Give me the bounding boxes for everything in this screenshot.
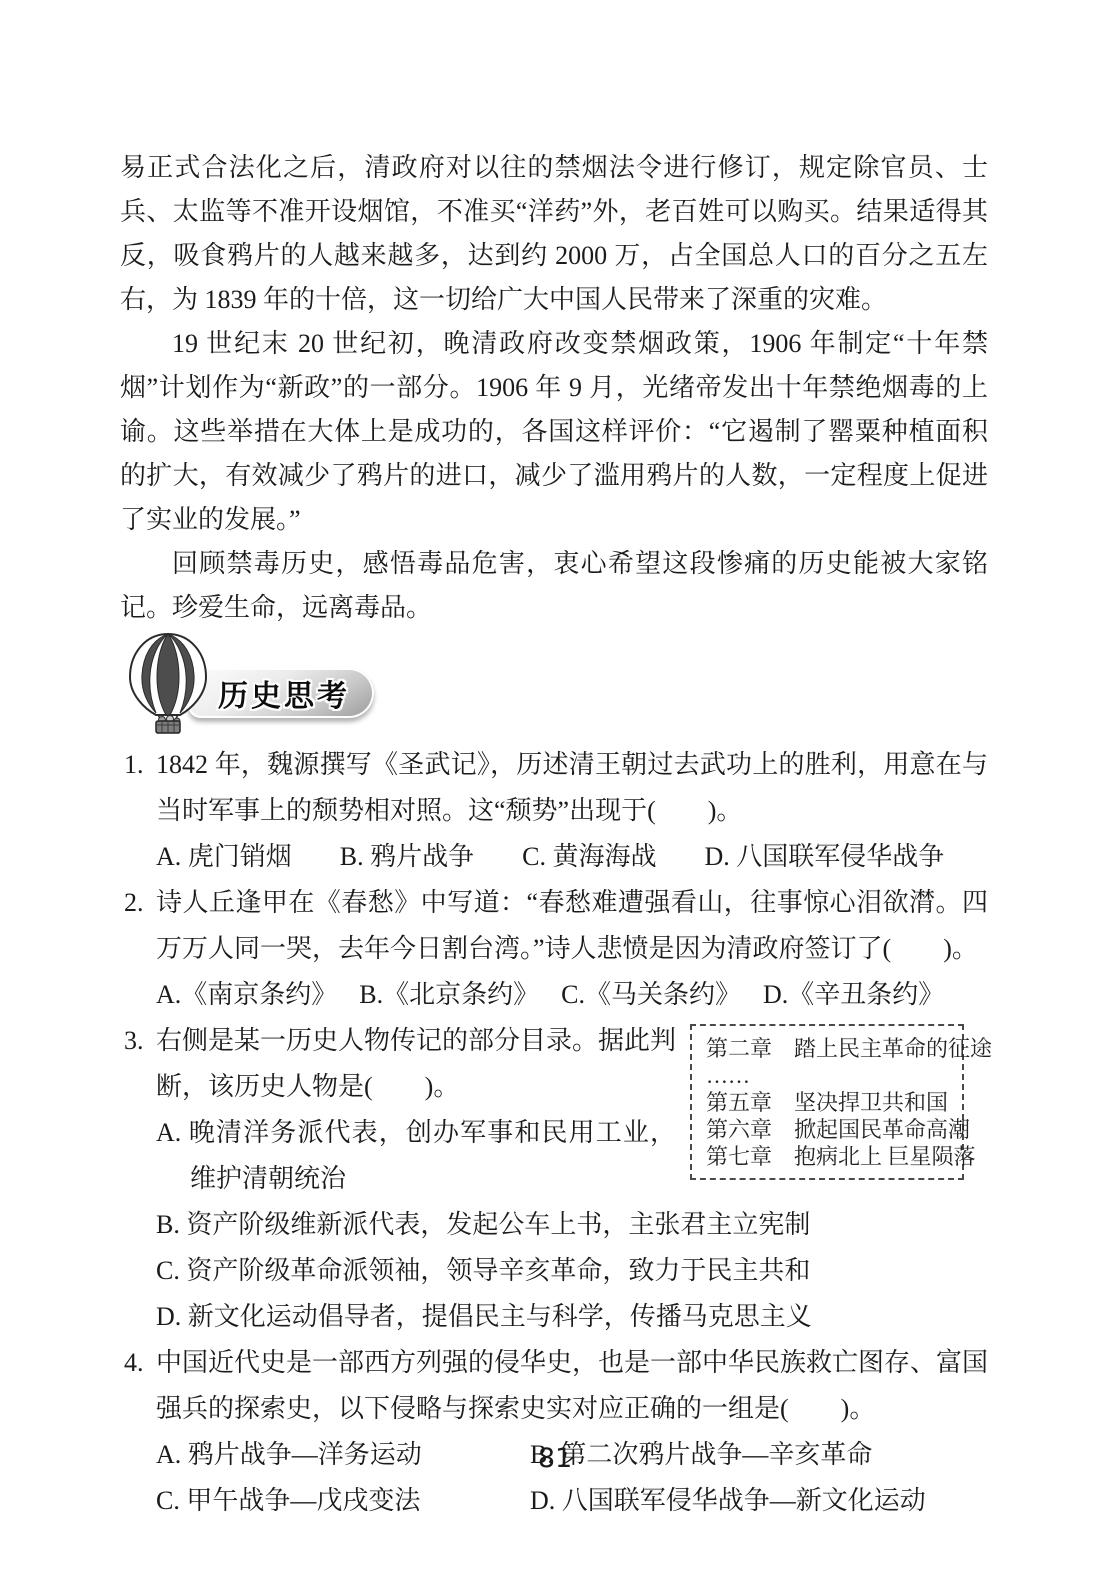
intro-paragraph-3: 回顾禁毒历史，感悟毒品危害，衷心希望这段惨痛的历史能被大家铭记。珍爱生命，远离毒… (120, 542, 988, 630)
toc-chapter: …… (706, 1062, 750, 1089)
textbook-page: 易正式合法化之后，清政府对以往的禁烟法令进行修订，规定除官员、士兵、太监等不准开… (0, 0, 1110, 1571)
page-content: 易正式合法化之后，清政府对以往的禁烟法令进行修订，规定除官员、士兵、太监等不准开… (120, 146, 988, 1524)
question-4-text: 中国近代史是一部西方列强的侵华史，也是一部中华民族救亡图存、富国强兵的探索史，以… (156, 1340, 988, 1432)
option-c: C. 甲午战争—戊戌变法 (156, 1478, 530, 1524)
hot-air-balloon-icon (122, 632, 214, 734)
question-3-number: 3. (124, 1018, 144, 1064)
option-d: D. 新文化运动倡导者，提倡民主与科学，传播马克思主义 (156, 1294, 988, 1340)
toc-chapter: 第二章 (706, 1035, 772, 1062)
toc-chapter: 第五章 (706, 1089, 772, 1116)
question-3: 3. 第二章 踏上民主革命的征途 …… 第五章 坚决捍卫共和国 第六章 掀起国民… (120, 1018, 988, 1340)
question-4-number: 4. (124, 1340, 144, 1386)
toc-row: …… (706, 1062, 952, 1089)
toc-title: 坚决捍卫共和国 (794, 1089, 952, 1116)
intro-paragraph-1: 易正式合法化之后，清政府对以往的禁烟法令进行修订，规定除官员、士兵、太监等不准开… (120, 146, 988, 322)
toc-chapter: 第六章 (706, 1116, 772, 1143)
question-1-number: 1. (124, 742, 144, 788)
section-title-banner: 历史思考 (188, 668, 374, 718)
page-number: 81 (0, 1443, 1110, 1474)
toc-chapter: 第七章 (706, 1143, 772, 1170)
option-c: C. 资产阶级革命派领袖，领导辛亥革命，致力于民主共和 (156, 1248, 988, 1294)
option-d: D. 八国联军侵华战争—新文化运动 (530, 1478, 988, 1524)
option-d: D. 八国联军侵华战争 (704, 834, 944, 880)
option-c: C. 黄海海战 (522, 834, 656, 880)
toc-title (772, 1062, 952, 1089)
toc-title: 掀起国民革命高潮 (794, 1116, 970, 1143)
question-2-options: A.《南京条约》 B.《北京条约》 C.《马关条约》 D.《辛丑条约》 (156, 972, 988, 1018)
toc-row: 第六章 掀起国民革命高潮 (706, 1116, 952, 1143)
option-b: B.《北京条约》 (359, 972, 539, 1018)
question-4: 4. 中国近代史是一部西方列强的侵华史，也是一部中华民族救亡图存、富国强兵的探索… (120, 1340, 988, 1524)
toc-row: 第五章 坚决捍卫共和国 (706, 1089, 952, 1116)
question-1: 1. 1842 年，魏源撰写《圣武记》，历述清王朝过去武功上的胜利，用意在与当时… (120, 742, 988, 880)
biography-toc-box: 第二章 踏上民主革命的征途 …… 第五章 坚决捍卫共和国 第六章 掀起国民革命高… (690, 1024, 964, 1180)
option-d: D.《辛丑条约》 (763, 972, 944, 1018)
option-b: B. 资产阶级维新派代表，发起公车上书，主张君主立宪制 (156, 1202, 988, 1248)
toc-row: 第二章 踏上民主革命的征途 (706, 1035, 952, 1062)
question-2: 2. 诗人丘逢甲在《春愁》中写道：“春愁难遭强看山，往事惊心泪欲潸。四万万人同一… (120, 880, 988, 1018)
toc-row: 第七章 抱病北上 巨星陨落 (706, 1143, 952, 1170)
option-a: A.《南京条约》 (156, 972, 337, 1018)
question-1-options: A. 虎门销烟 B. 鸦片战争 C. 黄海海战 D. 八国联军侵华战争 (156, 834, 988, 880)
intro-paragraph-2: 19 世纪末 20 世纪初，晚清政府改变禁烟政策，1906 年制定“十年禁烟”计… (120, 322, 988, 542)
option-a: A. 虎门销烟 (156, 834, 292, 880)
option-b: B. 鸦片战争 (340, 834, 474, 880)
section-title: 历史思考 (218, 671, 350, 715)
toc-title: 踏上民主革命的征途 (794, 1035, 992, 1062)
question-2-text: 诗人丘逢甲在《春愁》中写道：“春愁难遭强看山，往事惊心泪欲潸。四万万人同一哭，去… (156, 880, 988, 972)
option-c: C.《马关条约》 (561, 972, 741, 1018)
question-1-text: 1842 年，魏源撰写《圣武记》，历述清王朝过去武功上的胜利，用意在与当时军事上… (156, 742, 988, 834)
toc-title: 抱病北上 巨星陨落 (794, 1143, 976, 1170)
section-header: 历史思考 (120, 636, 988, 738)
question-2-number: 2. (124, 880, 144, 926)
